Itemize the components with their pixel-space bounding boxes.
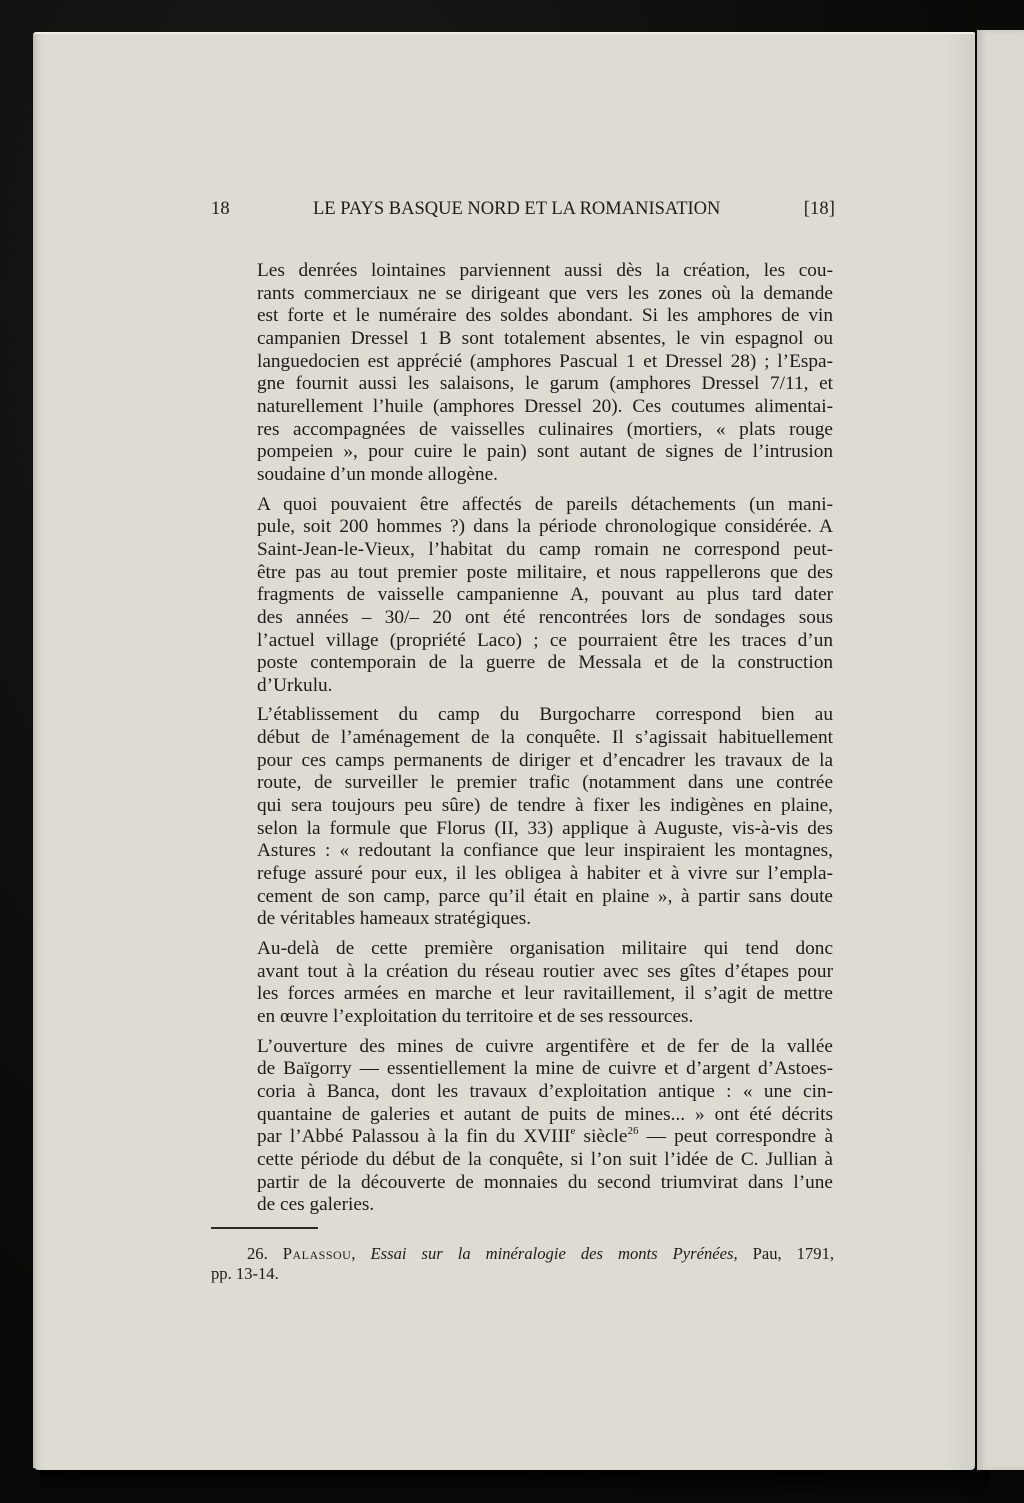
- text-line: des années – 30/– 20 ont été rencontrées…: [210, 607, 833, 630]
- text-line: l’actuel village (propriété Laco) ; ce p…: [210, 630, 833, 653]
- footnote-26: 26. Palassou, Essai sur la minéralogie d…: [211, 1244, 834, 1284]
- text-line: selon la formule que Florus (II, 33) app…: [210, 818, 833, 841]
- text-fragment: — peut correspondre à: [638, 1126, 833, 1147]
- text-line: naturellement l’huile (amphores Dressel …: [210, 396, 833, 419]
- text-line: d’Urkulu.: [210, 675, 833, 698]
- paragraph-2: A quoi pouvaient être affectés de pareil…: [210, 494, 833, 698]
- text-line: Au-delà de cette première organisation m…: [210, 938, 833, 961]
- text-fragment: par l’Abbé Palassou à la fin du XVIII: [257, 1126, 570, 1147]
- text-line: rants commerciaux ne se dirigeant que ve…: [210, 283, 833, 306]
- text-line: soudaine d’un monde allogène.: [210, 464, 833, 487]
- text-line: L’ouverture des mines de cuivre argentif…: [210, 1036, 833, 1059]
- footnote-separator: [211, 1227, 318, 1229]
- text-line: avant tout à la création du réseau routi…: [210, 961, 833, 984]
- running-head: 18 LE PAYS BASQUE NORD ET LA ROMANISATIO…: [211, 199, 835, 223]
- adjacent-page-edge: [977, 30, 1024, 1470]
- text-line: cette période du début de la conquête, s…: [210, 1149, 833, 1172]
- text-line: refuge assuré pour eux, il les obligea à…: [210, 863, 833, 886]
- text-line: est forte et le numéraire des soldes abo…: [210, 305, 833, 328]
- text-line: en œuvre l’exploitation du territoire et…: [210, 1006, 833, 1029]
- text-line: languedocien est apprécié (amphores Pasc…: [210, 351, 833, 374]
- text-line: pompeien », pour cuire le pain) sont aut…: [210, 441, 833, 464]
- running-title: LE PAYS BASQUE NORD ET LA ROMANISATION: [313, 199, 720, 220]
- paragraph-5: L’ouverture des mines de cuivre argentif…: [210, 1036, 833, 1217]
- text-line: gne fournit aussi les salaisons, le garu…: [210, 373, 833, 396]
- footnote-number: 26.: [247, 1244, 283, 1263]
- text-line: pule, soit 200 hommes ?) dans la période…: [210, 516, 833, 539]
- footnote-line: pp. 13-14.: [211, 1264, 834, 1284]
- text-line: campanien Dressel 1 B sont totalement ab…: [210, 328, 833, 351]
- text-fragment: , Pau, 1791,: [733, 1244, 834, 1263]
- text-line: L’établissement du camp du Burgocharre c…: [210, 704, 833, 727]
- page-left-edge: [33, 34, 38, 1468]
- text-line: Astures : « redoutant la confiance que l…: [210, 840, 833, 863]
- page-shadow: [40, 1468, 990, 1498]
- footnote-author: Palassou: [283, 1244, 352, 1263]
- footnote-reference: 26: [627, 1125, 638, 1137]
- text-line: de ces galeries.: [210, 1194, 833, 1217]
- text-line: pour ces camps permanents de diriger et …: [210, 750, 833, 773]
- text-line: de véritables hameaux stratégiques.: [210, 908, 833, 931]
- text-fragment: ,: [351, 1244, 370, 1263]
- bracketed-page-number: [18]: [804, 199, 835, 220]
- text-line: qui sera toujours peu sûre) de tendre à …: [210, 795, 833, 818]
- text-line: partir de la découverte de monnaies du s…: [210, 1172, 833, 1195]
- text-line: Les denrées lointaines parviennent aussi…: [210, 260, 833, 283]
- text-line: fragments de vaisselle campanienne A, po…: [210, 584, 833, 607]
- text-line: res accompagnées de vaisselles culinaire…: [210, 419, 833, 442]
- body-text: Les denrées lointaines parviennent aussi…: [210, 260, 833, 1224]
- paragraph-4: Au-delà de cette première organisation m…: [210, 938, 833, 1029]
- text-line: route, de surveiller le premier trafic (…: [210, 772, 833, 795]
- text-line: coria à Banca, dont les travaux d’exploi…: [210, 1081, 833, 1104]
- text-line-with-footnote-ref: par l’Abbé Palassou à la fin du XVIIIe s…: [210, 1126, 833, 1149]
- footnote-title: Essai sur la minéralogie des monts Pyrén…: [371, 1244, 734, 1263]
- text-line: poste contemporain de la guerre de Messa…: [210, 652, 833, 675]
- text-line: cement de son camp, parce qu’il était en…: [210, 886, 833, 909]
- text-line: A quoi pouvaient être affectés de pareil…: [210, 494, 833, 517]
- text-line: les forces armées en marche et leur ravi…: [210, 983, 833, 1006]
- text-line: Saint-Jean-le-Vieux, l’habitat du camp r…: [210, 539, 833, 562]
- text-fragment: siècle: [575, 1126, 627, 1147]
- text-line: de Baïgorry — essentiellement la mine de…: [210, 1058, 833, 1081]
- paragraph-3: L’établissement du camp du Burgocharre c…: [210, 704, 833, 931]
- footnote-line: 26. Palassou, Essai sur la minéralogie d…: [211, 1244, 834, 1264]
- paragraph-1: Les denrées lointaines parviennent aussi…: [210, 260, 833, 487]
- text-line: être pas au tout premier poste militaire…: [210, 562, 833, 585]
- text-line: quantaine de galeries et autant de puits…: [210, 1104, 833, 1127]
- page-number: 18: [211, 199, 230, 220]
- text-line: début de l’aménagement de la conquête. I…: [210, 727, 833, 750]
